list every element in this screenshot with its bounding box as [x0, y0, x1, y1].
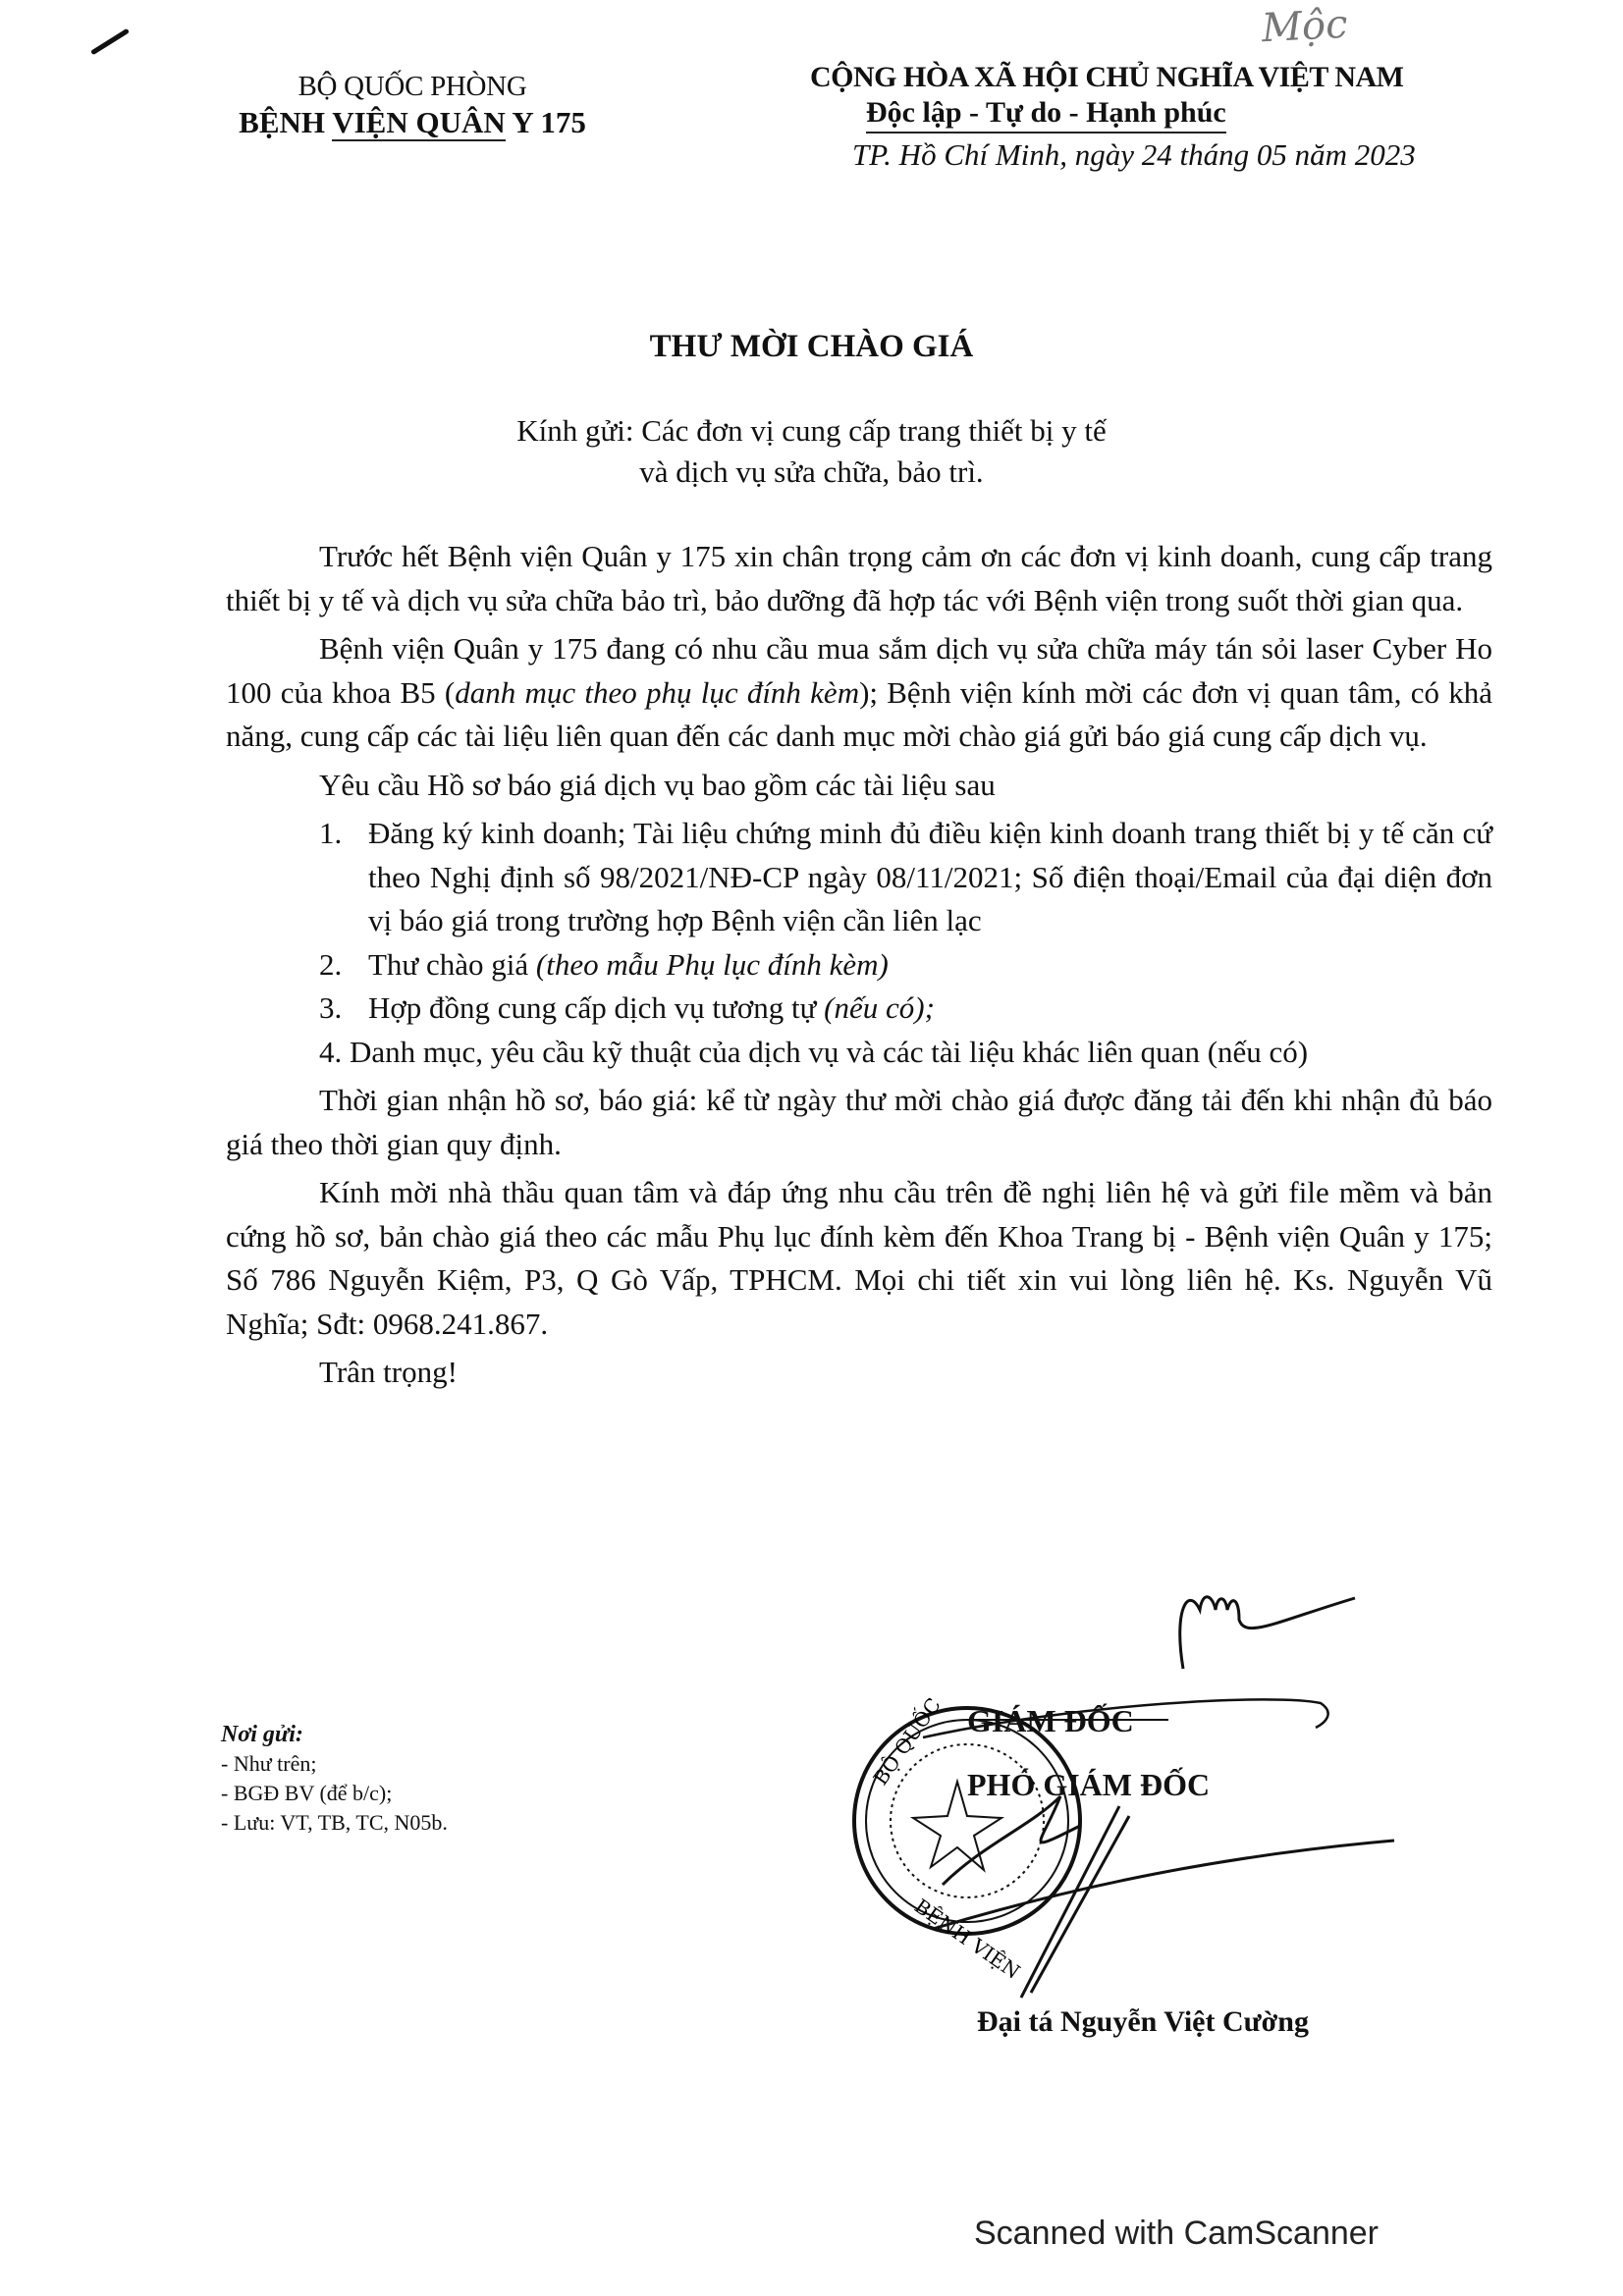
recipients-block: Nơi gửi: - Như trên; - BGĐ BV (để b/c); …	[221, 1720, 448, 1838]
nation-title: CỘNG HÒA XÃ HỘI CHỦ NGHĨA VIỆT NAM	[805, 61, 1512, 94]
paragraph-thanks: Trước hết Bệnh viện Quân y 175 xin chân …	[226, 535, 1492, 622]
header-left: BỘ QUỐC PHÒNG BỆNH VIỆN QUÂN Y 175	[177, 71, 648, 140]
hospital-name: BỆNH VIỆN QUÂN Y 175	[177, 105, 648, 140]
handwritten-note: Mộc	[1261, 2, 1349, 52]
paragraph-invite: Kính mời nhà thầu quan tâm và đáp ứng nh…	[226, 1171, 1492, 1346]
letter-body: Trước hết Bệnh viện Quân y 175 xin chân …	[226, 535, 1492, 1395]
title-vice-director: PHÓ GIÁM ĐỐC	[967, 1767, 1210, 1803]
director-signature-icon	[933, 1796, 1394, 1998]
paragraph-time: Thời gian nhận hồ sơ, báo giá: kể từ ngà…	[226, 1079, 1492, 1166]
pen-mark	[90, 28, 130, 56]
requirement-item: 1.Đăng ký kinh doanh; Tài liệu chứng min…	[226, 812, 1492, 943]
national-motto: Độc lập - Tự do - Hạnh phúc	[866, 96, 1226, 133]
svg-text:BỘ QUỐC: BỘ QUỐC	[866, 1691, 946, 1789]
date-line: TP. Hồ Chí Minh, ngày 24 tháng 05 năm 20…	[852, 137, 1512, 173]
recipient: Kính gửi: Các đơn vị cung cấp trang thiế…	[0, 410, 1623, 493]
requirement-item: 2.Thư chào giá (theo mẫu Phụ lục đính kè…	[226, 943, 1492, 988]
requirement-item: 4. Danh mục, yêu cầu kỹ thuật của dịch v…	[226, 1031, 1492, 1075]
ministry-name: BỘ QUỐC PHÒNG	[177, 71, 648, 103]
requirement-item: 3.Hợp đồng cung cấp dịch vụ tương tự (nế…	[226, 987, 1492, 1031]
requirements-intro: Yêu cầu Hồ sơ báo giá dịch vụ bao gồm cá…	[226, 764, 1492, 808]
title-director-struck: GIÁM ĐỐC	[967, 1703, 1134, 1739]
document-title: THƯ MỜI CHÀO GIÁ	[0, 329, 1623, 365]
signer-name: Đại tá Nguyễn Việt Cường	[977, 2005, 1309, 2039]
closing: Trân trọng!	[226, 1351, 1492, 1395]
initial-signature-icon	[1180, 1597, 1355, 1669]
svg-text:BỆNH VIỆN: BỆNH VIỆN	[910, 1894, 1024, 1983]
paragraph-need: Bệnh viện Quân y 175 đang có nhu cầu mua…	[226, 627, 1492, 759]
header-right: CỘNG HÒA XÃ HỘI CHỦ NGHĨA VIỆT NAM Độc l…	[805, 61, 1512, 173]
scanner-watermark: Scanned with CamScanner	[974, 2215, 1379, 2253]
